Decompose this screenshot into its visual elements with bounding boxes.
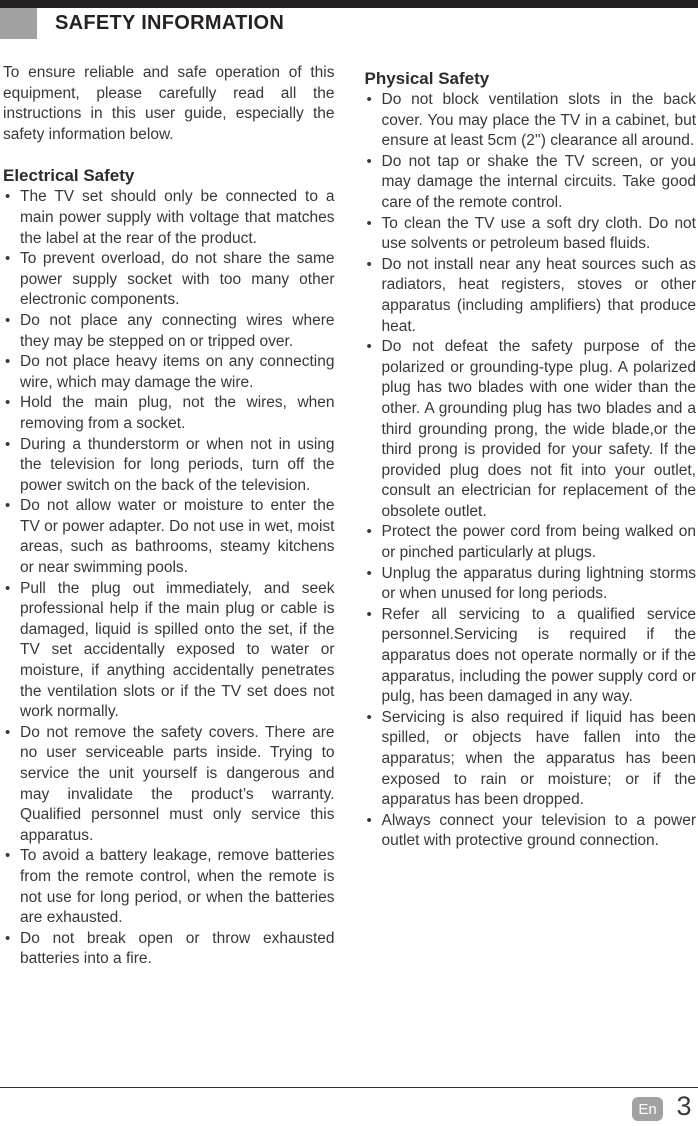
- header-gray-block: [0, 8, 37, 39]
- section-heading-physical-safety: Physical Safety: [365, 69, 697, 89]
- top-accent-bar: [0, 0, 698, 8]
- physical-safety-bullet-list: Do not block ventilation slots in the ba…: [365, 90, 697, 852]
- list-item: The TV set should only be connected to a…: [3, 187, 335, 249]
- page-number: 3: [672, 1091, 696, 1122]
- right-column: Physical Safety Do not block ventilation…: [365, 63, 697, 970]
- list-item: Do not place heavy items on any connecti…: [3, 352, 335, 393]
- intro-paragraph: To ensure reliable and safe operation of…: [3, 63, 335, 145]
- list-item: Do not allow water or moisture to enter …: [3, 496, 335, 578]
- list-item: Protect the power cord from being walked…: [365, 522, 697, 563]
- list-item: Hold the main plug, not the wires, when …: [3, 393, 335, 434]
- list-item: Do not defeat the safety purpose of the …: [365, 337, 697, 522]
- list-item: Servicing is also required if liquid has…: [365, 708, 697, 811]
- list-item: Refer all servicing to a qualified servi…: [365, 605, 697, 708]
- language-badge-label: En: [638, 1101, 656, 1118]
- list-item: Unplug the apparatus during lightning st…: [365, 564, 697, 605]
- page-title: SAFETY INFORMATION: [55, 12, 284, 35]
- list-item: Do not break open or throw exhausted bat…: [3, 929, 335, 970]
- list-item: Do not install near any heat sources suc…: [365, 255, 697, 337]
- electrical-safety-bullet-list: The TV set should only be connected to a…: [3, 187, 335, 970]
- left-column: To ensure reliable and safe operation of…: [3, 63, 335, 970]
- list-item: Do not remove the safety covers. There a…: [3, 723, 335, 847]
- list-item: To prevent overload, do not share the sa…: [3, 249, 335, 311]
- list-item: Pull the plug out immediately, and seek …: [3, 579, 335, 723]
- footer-divider: [0, 1087, 698, 1088]
- list-item: Do not tap or shake the TV screen, or yo…: [365, 152, 697, 214]
- list-item: Do not place any connecting wires where …: [3, 311, 335, 352]
- list-item: During a thunderstorm or when not in usi…: [3, 435, 335, 497]
- list-item: Always connect your television to a powe…: [365, 811, 697, 852]
- section-heading-electrical-safety: Electrical Safety: [3, 166, 335, 186]
- list-item: Do not block ventilation slots in the ba…: [365, 90, 697, 152]
- page-header: SAFETY INFORMATION: [0, 8, 698, 39]
- language-badge: En: [632, 1097, 663, 1121]
- content: To ensure reliable and safe operation of…: [0, 63, 698, 970]
- list-item: To clean the TV use a soft dry cloth. Do…: [365, 214, 697, 255]
- list-item: To avoid a battery leakage, remove batte…: [3, 846, 335, 928]
